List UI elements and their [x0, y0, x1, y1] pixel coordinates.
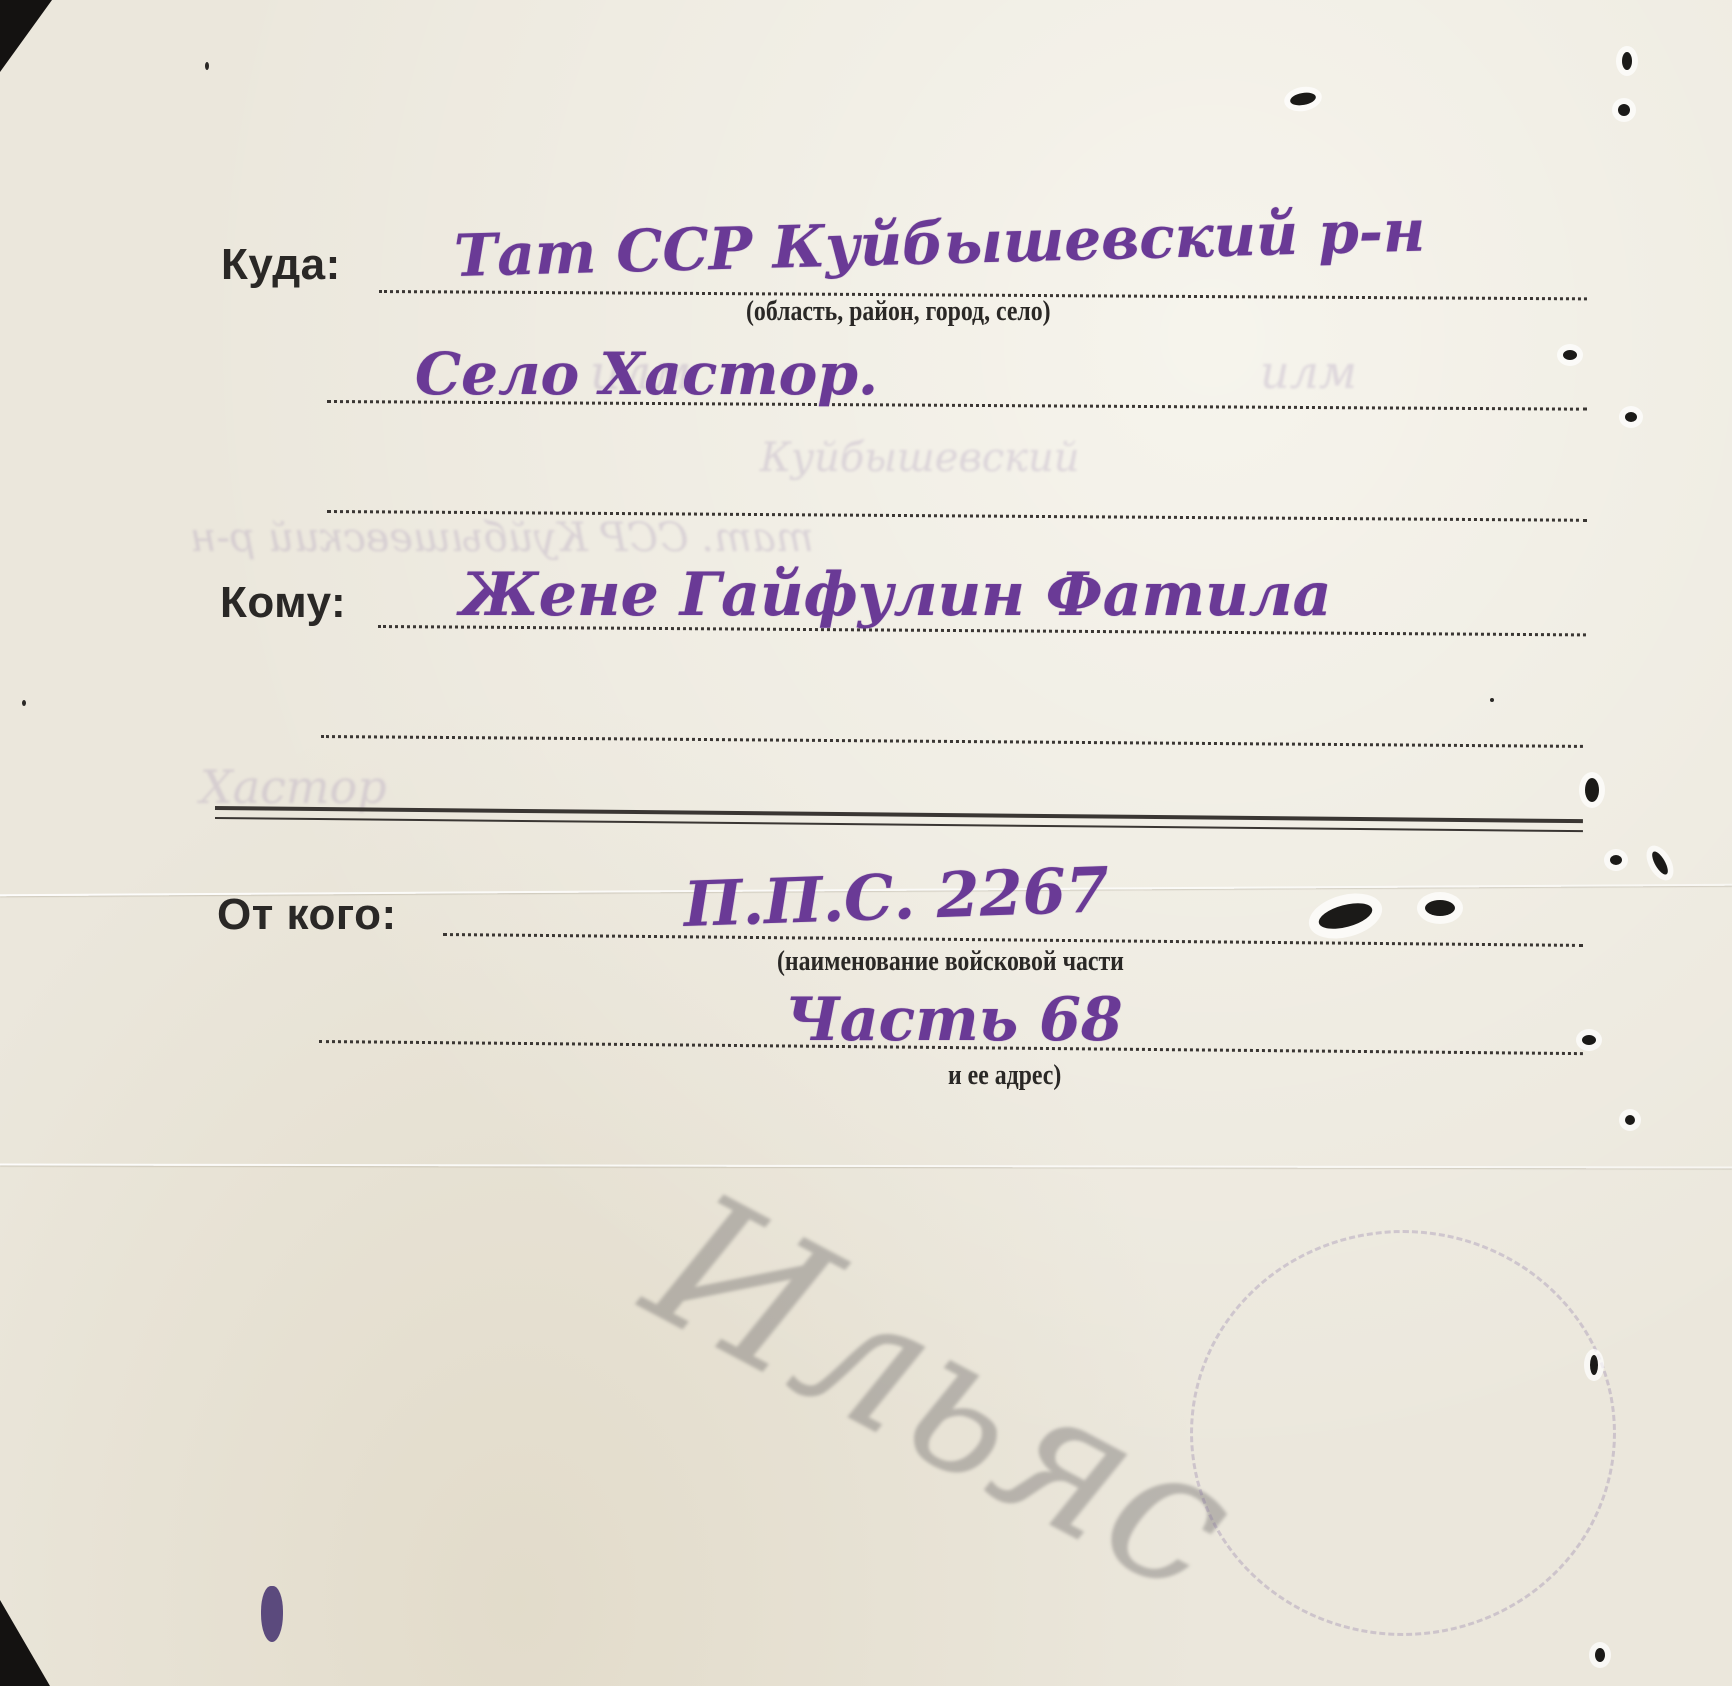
bleed-through-text: Куйбышевский — [760, 435, 1080, 481]
speck — [1490, 698, 1494, 702]
bleed-through-text: тат. ССР Куйбышевский р-н — [190, 515, 814, 561]
from-whom-caption-part2: и ее адрес) — [948, 1060, 1061, 1092]
speck — [205, 62, 209, 70]
paper-hole — [1622, 52, 1632, 70]
paper-hole — [1425, 900, 1455, 916]
scan-background-corner-top-left — [0, 0, 52, 72]
postmark-stamp — [1190, 1230, 1616, 1636]
to-whom-label: Кому: — [220, 578, 346, 628]
to-where-label: Куда: — [221, 240, 341, 290]
from-whom-handwritten-line-2: Часть 68 — [785, 985, 1123, 1055]
paper-hole — [1582, 1035, 1596, 1045]
paper-hole — [1585, 778, 1599, 802]
paper-hole — [1595, 1648, 1605, 1662]
from-whom-handwritten-line-1: П.П.С. 2267 — [682, 853, 1110, 941]
paper-hole — [1610, 855, 1622, 865]
paper-hole — [1590, 1355, 1598, 1375]
ink-blot — [261, 1586, 283, 1642]
to-where-handwritten-line-2: Село Хастор. — [415, 340, 878, 408]
paper-hole — [1625, 412, 1637, 422]
paper-hole — [1563, 350, 1577, 360]
speck — [22, 700, 26, 706]
paper-hole — [1625, 1115, 1635, 1125]
to-whom-handwritten-line-1: Жене Гайфулин Фатила — [460, 560, 1332, 630]
from-whom-caption-part1: (наименование войсковой части — [777, 946, 1124, 978]
to-where-caption: (область, район, город, село) — [746, 296, 1051, 328]
paper-hole — [1618, 104, 1630, 116]
from-whom-label: От кого: — [217, 890, 397, 940]
scan-background-corner-bottom-left — [0, 1600, 50, 1686]
bleed-through-text: илм — [1260, 345, 1357, 399]
